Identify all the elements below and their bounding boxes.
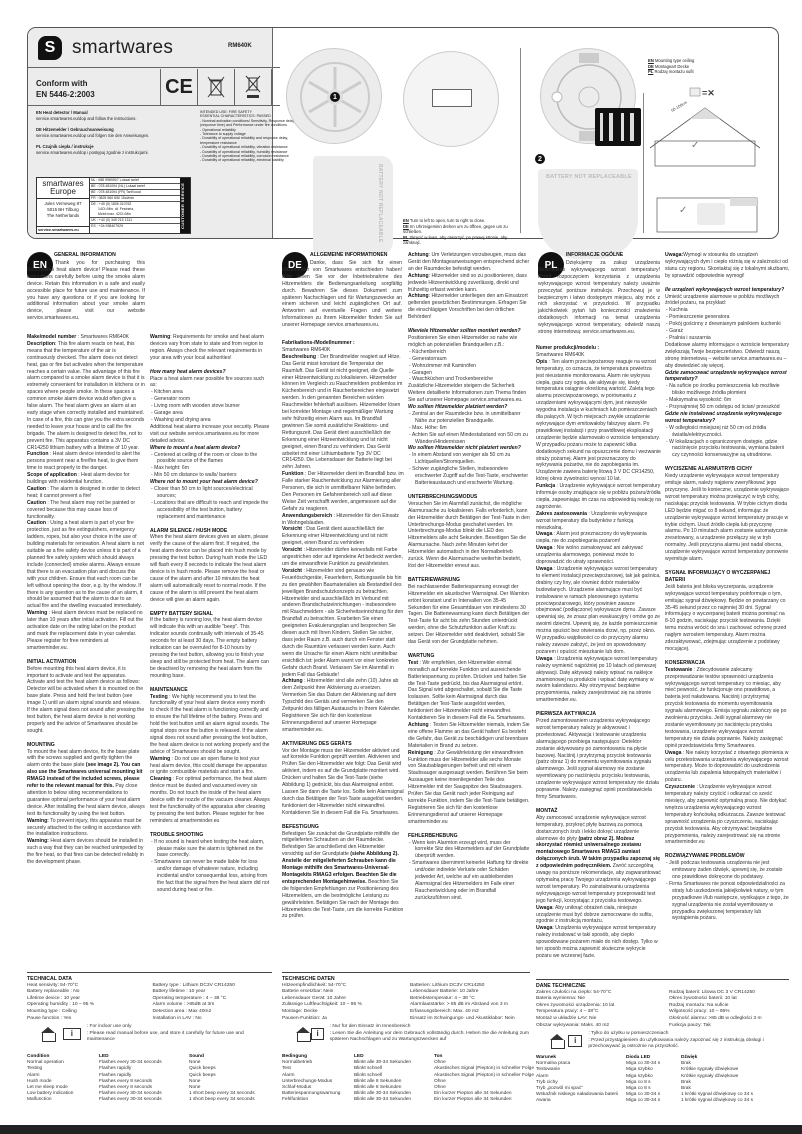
de-cleaning: Reinigung : Zur Gewährleistung der einwa…: [408, 750, 530, 826]
label: Funktion: [282, 471, 304, 477]
list-item: In einem Abstand von weniger als 50 cm z…: [408, 452, 530, 466]
value: : Heat alarm devices must be replaced no…: [27, 610, 143, 651]
list-item: Pokój gościnny z drewnianym palnikiem ku…: [665, 321, 789, 328]
label: Czyszczenie: [665, 784, 695, 790]
cell: Blinkt alle 30-34 Sekunden: [354, 1097, 434, 1103]
pl-how-many-after: Dodatkowe alarmy informujące o wzroście …: [665, 342, 789, 370]
de-activation-title: AKTIVIERUNG DES GERÄTS: [282, 741, 404, 748]
pl-where-list: Na suficie po środku pomieszczenia lub m…: [665, 383, 789, 411]
de-status-table: BedingungLEDTon NormalbetriebBlinkt alle…: [282, 1054, 532, 1104]
en-warning: Warning : Heat alarm devices must be rep…: [27, 610, 145, 651]
de-usage-icons: i : Nur für den Einsatz im Innenbereich:…: [294, 1024, 532, 1044]
de-tech-divider: [282, 972, 530, 973]
pl-caution: Uwaga : Alarm jest przeznaczony do wykry…: [536, 531, 661, 545]
list-item: Maksymalna wysokość: 6m: [665, 397, 789, 404]
mounting-placement-diagram: =✕ ✓ 50-100cm ✓: [645, 86, 765, 236]
cell: 1 krótki sygnał dźwiękowy co 34 s: [681, 1098, 791, 1104]
pl-how-many-text: Umieść urządzenie alarmowe w pobliżu moż…: [665, 294, 789, 308]
spec: Einsatz im Schwingungs- und Akustiklabor…: [410, 1016, 532, 1023]
en-where-title: Where to mount a heat alarm device?: [150, 445, 270, 452]
label: Description: [27, 341, 55, 347]
pl-mounting-title: MONTAŻ: [536, 808, 661, 815]
caption-lang: DE: [403, 224, 409, 229]
list-item: Smartwares can never be made liable for …: [150, 859, 270, 894]
label: Warning:: [27, 818, 49, 824]
image-1-badge: 1: [330, 92, 340, 102]
device-front-view: 1: [286, 48, 382, 144]
value: : Der Hitzemelder dient im Brandfall bzw…: [282, 471, 404, 512]
en-caution: Caution : The heat alarm may not be pain…: [27, 500, 145, 521]
pl-status-table: WarunekDioda LEDDźwięk Normalna pracaMig…: [536, 1055, 796, 1105]
de-warning: Achtung: Hitzemelder sind so zu position…: [408, 273, 530, 294]
label: Numer produkcji/modelu :: [536, 345, 599, 351]
svg-text:=✕: =✕: [702, 88, 715, 98]
spec: Głośność alarmu: >85 dB w odległości 3 m: [669, 1016, 796, 1023]
device-back-view: [403, 51, 499, 147]
en-scope: Scope of application : Heat alarm device…: [27, 472, 145, 486]
list-item: Living room with wooden stove burner: [150, 403, 270, 410]
pl-model: Numer produkcji/modelu :Smartwares RM640…: [536, 345, 661, 359]
list-item: Küchenbereich: [408, 349, 530, 356]
pl-technical-data: DANE TECHNICZNE Zakres czułości na ciepł…: [536, 983, 796, 1105]
label: Testing: [150, 694, 168, 700]
en-general-text: Thank you for purchasing this Smartwares…: [27, 260, 145, 322]
list-item: Kuchnia: [665, 307, 789, 314]
mounting-type-caption: EN Mounting type ceiling DE Montageart D…: [648, 58, 758, 75]
svg-text:50-100cm: 50-100cm: [670, 99, 688, 113]
label: Anwendungsbereich: [282, 513, 332, 519]
indoor-house-icon: [39, 1027, 57, 1041]
en-caution: Caution : The alarm is designed in order…: [27, 486, 145, 500]
label: Vorsicht: [282, 547, 302, 553]
read-manual-icon: i: [63, 1028, 81, 1040]
label: Beschreibung: [282, 354, 316, 360]
conform-line-1: Conform with: [36, 78, 95, 89]
screws-and-plugs-icon: [595, 108, 641, 146]
spec: Funkcja pauzy: Tak: [669, 1023, 796, 1030]
value: : Urządzenie wykrywające wzrost temperat…: [536, 566, 661, 655]
label: Achtung: [408, 722, 429, 728]
pl-how-many-title: Ile urządzeń wykrywających wzrost temper…: [665, 287, 789, 294]
list-item: If no sound is heard when testing the he…: [150, 839, 270, 860]
en-maintenance-title: MAINTENANCE: [150, 687, 270, 694]
label: Caution: [27, 520, 46, 526]
cs-region: Europe: [37, 188, 89, 196]
en-silence-text: When the heat alarm devices gives an ala…: [150, 534, 270, 603]
pl-battery-text: Jeśli bateria jest bliska wyczerpania, u…: [665, 584, 789, 653]
usage-notes: : Nur für den Einsatz im Innenbereich: L…: [330, 1024, 532, 1044]
label: Testowanie: [665, 667, 692, 673]
en-where-not-title: Where not to mount your heat alarm devic…: [150, 479, 270, 486]
indoor-house-icon: [548, 1034, 562, 1048]
label: Uwaga: [536, 905, 552, 911]
pl-cleaning: Czyszczenie : Urządzenie wykrywające wzr…: [665, 784, 789, 846]
manual-ref-de: DE Hitzemelder / Gebrauchsanweisungservi…: [36, 127, 196, 138]
list-item: Pralnia i suszarnia: [665, 335, 789, 342]
read-manual-icon: i: [568, 1035, 582, 1047]
list-item: Na suficie po środku pomieszczenia lub m…: [665, 383, 789, 397]
de-where-title: Wo sollten Hitzemelder platziert werden?: [408, 404, 530, 411]
pl-warning: Uwaga: Urządzenia wykrywające wzrost tem…: [536, 925, 661, 960]
smartwares-logo-icon: S: [38, 36, 62, 60]
turn-caption: EN Turn to left to open, turn to right t…: [403, 218, 518, 246]
label: Achtung: [408, 273, 429, 279]
cs-country: The Netherlands: [37, 213, 89, 219]
weee-bin-icon: [198, 69, 235, 105]
pl-warning: Uwaga : Urządzenia wykrywające wzrost te…: [536, 656, 661, 704]
list-item: Garagen: [408, 370, 530, 377]
spec: Alarmlautstärke: > 85 dB im Abstand von …: [410, 1002, 532, 1009]
de-where-not-title: Wo sollten Hitzemelder nicht platziert w…: [408, 445, 530, 452]
list-item: Locations that are difficult to reach an…: [150, 500, 270, 521]
manual-ref-pl: PL Czujnik ciepła / instrukcjeservice.sm…: [36, 144, 196, 155]
pl-battery-title: SYGNAŁ INFORMUJĄCY O WYCZERPANEJ BATERII: [665, 570, 789, 584]
de-warning: Achtung : Testen Sie Hitzemelder niemals…: [408, 722, 530, 750]
pl-how-many-list: Kuchnia Pomieszczenie generatora Pokój g…: [665, 307, 789, 342]
cell: Fehlfunktion: [282, 1097, 354, 1103]
spec: Wilgotność pracy: 10 – 95%: [669, 1009, 796, 1016]
product-label-card: S smartwares RM640K Conform with EN 5446…: [27, 27, 779, 239]
cell: Awaria: [536, 1098, 626, 1104]
label: Uwaga:: [665, 252, 683, 258]
de-battery-title: BATTERIEWARNUNG: [408, 577, 530, 584]
value: : Aby uniknąć obrażeń ciała, niniejsze u…: [536, 905, 653, 925]
en-technical-data: TECHNICAL DATA Heat sensivity: 54-70°CBa…: [27, 976, 272, 1104]
en-mounting-text: To mount the heat alarm device, fix the …: [27, 749, 145, 818]
de-where-list: Zentral an der Raumdecke bzw. in unmitte…: [408, 411, 530, 446]
label: Warning: [150, 334, 170, 340]
conformity-statement: Conform with EN 5446-2:2003: [36, 78, 95, 100]
spec: Battery replaceable : No: [27, 989, 147, 996]
pl-general-text: Dziękujemy za zakup urządzenia Smartware…: [538, 260, 660, 336]
pl-column-2: Uwaga:Wymogi w stosunku do urządzeń wykr…: [665, 252, 789, 922]
list-item: Kitchen area: [150, 389, 270, 396]
de-battery-text: Bei nachlassender Batteriespannung erzeu…: [408, 584, 530, 646]
pl-mounting-text: Aby zamocować urządzenie wykrywające wzr…: [536, 815, 661, 905]
de-testing: Test : Wir empfehlen, den Hitzemelder ei…: [408, 660, 530, 722]
value: : Zdecydowanie zalecamy przeprowadzanie …: [665, 667, 786, 749]
list-item: Achten Sie auf einen Mindestabstand von …: [408, 432, 530, 446]
list-item: Schwer zugängliche Stellen, insbesondere…: [408, 466, 530, 487]
spec: Bateria wymienna: Nie: [536, 996, 663, 1003]
caption-text: Mounting type ceiling: [655, 58, 694, 63]
pl-description: Opis : Ten alarm przeciwpożarowy reaguje…: [536, 359, 661, 483]
en-warning: Warning: Requirements for smoke and heat…: [150, 334, 270, 362]
label: Warning:: [27, 838, 49, 844]
value: : Nie wolno zamalowywać ani zakrywać urz…: [536, 545, 643, 565]
pl-tech-grid: Zakres czułości na ciepło: 54-70°CRodzaj…: [536, 990, 796, 1030]
label: Reinigung: [408, 750, 433, 756]
de-trouble-title: FEHLERBEHEBUNG: [408, 833, 530, 840]
pl-warning: Uwaga: Aby uniknąć obrażeń ciała, niniej…: [536, 905, 661, 926]
value: : Wir empfehlen, den Hitzemelder einmal …: [408, 660, 526, 721]
value: Beachten Sie die folgenden Empfehlungen …: [282, 879, 403, 920]
spec: Montage: Decke: [282, 1009, 404, 1016]
brand-name: smartwares: [72, 37, 173, 59]
pl-testing: Testowanie : Zdecydowanie zalecamy przep…: [665, 667, 789, 750]
de-how-many-after: Zusätzliche Hitzemelder steigern die Sic…: [408, 383, 530, 404]
de-silence-title: UNTERBRECHUNGSMODUS: [408, 494, 530, 501]
de-mounting-text: Befestigen Sie zunächst die Grundplatte …: [282, 831, 404, 921]
label: Achtung: [408, 252, 429, 258]
cell: Malfunction: [27, 1097, 99, 1103]
indoor-house-icon: [294, 1027, 305, 1041]
conform-line-2: EN 5446-2:2003: [36, 89, 95, 100]
de-general-title: ALLGEMEINE INFORMATIONEN: [310, 252, 405, 259]
value: Zwróć szczególną uwagę na poniższe rekom…: [536, 863, 661, 904]
value: : Nie należy korzystać z otwartego płomi…: [665, 750, 788, 784]
de-tech-grid: Hitzeempfindlichkeit: 54-70°CBatterien: …: [282, 983, 532, 1023]
battery-disposal-icon: [235, 69, 272, 105]
pl-trouble-title: ROZWIĄZYWANIE PROBLEMÓW: [665, 853, 789, 860]
list-item: W odległości mniejszej niż 50 cm od źród…: [665, 425, 789, 439]
pl-general-intro: INFORMACJE OGÓLNE: [566, 252, 661, 259]
indoor-text: : Tylko do użytku w pomieszczeniach: [588, 1031, 796, 1038]
battery-not-replaceable-label: BATTERY NOT REPLACEABLE: [546, 174, 632, 180]
de-caution: Vorsicht : Das Gerät dient ausschließlic…: [282, 526, 404, 547]
label: Uwaga: [665, 750, 681, 756]
device-side-view: BATTERY NOT REPLACEABLE: [313, 156, 393, 254]
spec: Lebensdauer Batterie: 10 Jahre: [410, 989, 532, 996]
label: Vorsicht: [282, 568, 302, 574]
value: Smartwares RM640K: [282, 347, 330, 353]
cs-website: service.smartwares.eu: [37, 226, 89, 233]
de-maintenance-title: WARTUNG: [408, 653, 530, 660]
de-column-2: Achtung: Um Verletzungen vorzubeugen, mu…: [408, 252, 530, 902]
list-item: Generatorraum: [408, 356, 530, 363]
spec: Installation in LAV : No: [153, 1016, 273, 1023]
en-model: Make/model number : Smartwares RM640K: [27, 334, 145, 341]
label: Function: [27, 451, 49, 457]
list-item: Waschküchen und Trockenbereiche: [408, 376, 530, 383]
label: Warning: [27, 610, 47, 616]
indoor-text: : Nur für den Einsatz im Innenbereich: [330, 1024, 532, 1031]
en-tech-divider: [27, 972, 272, 973]
value: : Smartwares RM640K: [78, 334, 129, 340]
list-item: Max height: 6m: [150, 465, 270, 472]
en-warning: Warning: Heat alarm devices should be in…: [27, 838, 145, 866]
en-silence-title: ALARM SILENCE / HUSH MODE: [150, 528, 270, 535]
pl-tech-divider: [536, 979, 789, 980]
caption-lang: EN: [648, 58, 654, 63]
pl-silence-text: Kiedy urządzenie wykrywające wzrost temp…: [665, 473, 789, 563]
model-number: RM640K: [228, 43, 252, 49]
pl-tech-title: DANE TECHNICZNE: [536, 983, 796, 990]
spec: Zulässige Luftfeuchtigkeit: 10 – 95 %: [282, 1002, 404, 1009]
de-scope: Anwendungsbereich : Hitzemelder für den …: [282, 513, 404, 527]
label: Test: [408, 660, 418, 666]
spec: Pausen-Funktion: Ja: [282, 1016, 404, 1023]
de-where-not-list: In einem Abstand von weniger als 50 cm z…: [408, 452, 530, 487]
en-activation-text: Before mounting this heat alarm device, …: [27, 666, 145, 735]
label: Funkcja: [536, 483, 555, 489]
list-item: Garage area: [150, 410, 270, 417]
svg-text:✓: ✓: [691, 140, 699, 151]
en-tech-title: TECHNICAL DATA: [27, 976, 272, 983]
list-item: W lokalizacjach o ograniczonym dostępie,…: [665, 439, 789, 460]
pl-caution: Uwaga : Urządzenie wykrywające wzrost te…: [536, 566, 661, 656]
label: Caution: [27, 500, 46, 506]
en-battery-text: If the battery is running low, the heat …: [150, 617, 270, 679]
pl-silence-title: WYCISZENIE ALARMU/TRYB CICHY: [665, 466, 789, 473]
spec: Operating humidity : 10 – 95 %: [27, 1002, 147, 1009]
pl-general-title: INFORMACJE OGÓLNE: [566, 252, 661, 259]
en-activation-title: INITIAL ACTIVATION: [27, 659, 145, 666]
value: : Der Brandmelder reagiert auf Hitze. Da…: [282, 354, 402, 471]
list-item: Pomieszczenie generatora: [665, 314, 789, 321]
en-where-list: Centered at ceiling of the room or close…: [150, 452, 270, 480]
pl-usage-icons: i : Tylko do użytku w pomieszczeniach: P…: [548, 1031, 796, 1051]
list-item: Generator room: [150, 396, 270, 403]
value: : Urządzenie wykrywające wzrost temperat…: [665, 784, 787, 845]
de-warning: Achtung : Hitzemelder sind alle zehn (10…: [282, 678, 404, 733]
manual-ref-en: EN Heat detector / Manualservice.smartwa…: [36, 110, 196, 121]
label-divider: [28, 105, 280, 106]
list-item: Max. Höhe: 6m: [408, 425, 530, 432]
en-testing: Testing : We highly recommend you to tes…: [150, 694, 270, 756]
de-model: Fabrikations-/Modellnummer :Smartwares R…: [282, 340, 404, 354]
customer-service-box: smartwaresEurope Jules Verneweg 87 5015 …: [36, 177, 191, 234]
cs-phone: ES : +34 938407929: [90, 224, 180, 229]
caption-lang: EN: [403, 218, 409, 223]
customer-service-address: smartwaresEurope Jules Verneweg 87 5015 …: [37, 178, 90, 233]
de-trouble-list: Wenn kein Alarmton erzeugt wird, muss de…: [408, 840, 530, 902]
manual-text: : Przed przystąpieniem do użytkowania na…: [588, 1038, 796, 1051]
label: Achtung: [282, 678, 303, 684]
label: Caution: [27, 486, 46, 492]
de-silence-text: Versuchen Sie im Alarmfall zunächst, die…: [408, 501, 530, 570]
cell: 1 short beep every 34 seconds: [189, 1097, 269, 1103]
en-cleaning: Cleaning : For optimal performance, the …: [150, 776, 270, 824]
spec: Erfassungsbereich: Max. 40 m2: [410, 1009, 532, 1016]
en-warning: Warning : Do not use an open flame to te…: [150, 756, 270, 777]
manual-text: : Lesen Sie die Anleitung vor dem Gebrau…: [330, 1031, 532, 1044]
de-function: Funktion : Der Hitzemelder dient im Bran…: [282, 471, 404, 512]
en-general-intro: GENERAL INFORMATION: [54, 252, 146, 259]
de-warning: Achtung: Um Verletzungen vorzubeugen, mu…: [408, 252, 530, 273]
value: : Urządzenia wykrywające wzrost temperat…: [536, 925, 658, 959]
value: : Alarm jest przeznaczony do wykrywania …: [536, 531, 647, 544]
en-function: Function : Heat alarm device intended to…: [27, 451, 145, 472]
label: Uwaga: [536, 566, 552, 572]
cell: Ein kurzer Piepton alle 34 Sekunden: [434, 1097, 534, 1103]
spec: Mounting type : Ceiling: [27, 1009, 147, 1016]
cell: Miga co 30-34 s: [626, 1098, 681, 1104]
pl-where-not-title: Gdzie nie instalować urządzenia wykrywaj…: [665, 411, 789, 425]
customer-service-vertical-label: CUSTOMER SERVICE: [180, 178, 190, 233]
spec: Alarm volume : >85dB at 3m: [153, 1002, 273, 1009]
label: Zakres zastosowania: [536, 511, 587, 517]
device-rating-sticker: [432, 89, 472, 107]
en-trouble-title: TROUBLE SHOOTING: [150, 832, 270, 839]
pl-caution: Uwaga : Nie wolno zamalowywać ani zakryw…: [536, 545, 661, 566]
label: Opis: [536, 359, 547, 365]
device-mounting-view: BATTERY NOT REPLACEABLE: [538, 169, 638, 259]
pl-activation-title: PIERWSZA AKTYWACJA: [536, 711, 661, 718]
pl-warning: Uwaga:Wymogi w stosunku do urządzeń wykr…: [665, 252, 789, 280]
caption-text: Skręcić w lewo, aby otworzyć, po prawej …: [403, 235, 507, 246]
en-caution: Caution : Using a heat alarm is part of …: [27, 520, 145, 610]
caption-text: Turn to left to open, turn to right to c…: [410, 218, 485, 223]
battery-not-replaceable-side: BATTERY NOT REPLACEABLE: [377, 164, 383, 242]
spec: Battery lifetime : 10 year: [153, 989, 273, 996]
en-column-2: Warning: Requirements for smoke and heat…: [150, 334, 270, 894]
pl-column-1: Numer produkcji/modelu :Smartwares RM640…: [536, 345, 661, 960]
de-column-1: Fabrikations-/Modellnummer :Smartwares R…: [282, 340, 404, 920]
de-tech-title: TECHNISCHE DATEN: [282, 976, 532, 983]
list-item: Garaż: [665, 328, 789, 335]
value: Smartwares RM640K: [536, 352, 584, 358]
cell: Flashes every 30-34 seconds: [99, 1097, 189, 1103]
de-activation-text: Vor der Montage muss der Hitzemelder akt…: [282, 748, 404, 817]
list-item: Washing and drying area: [150, 417, 270, 424]
value: : Urządzenia wykrywające wzrost temperat…: [536, 656, 657, 703]
illustration-divider: [520, 48, 521, 233]
de-general-text: Danke, dass Sie sich für einen Hitzemeld…: [282, 260, 402, 329]
pl-function: Funkcja : Urządzenie wykrywające wzrost …: [536, 483, 661, 511]
en-status-table: ConditionLEDSound Normal operationFlashe…: [27, 1054, 272, 1104]
label: Fabrikations-/Modellnummer :: [282, 340, 355, 346]
list-item: Jeśli podczas testowania urządzenia nie …: [665, 860, 789, 881]
de-caution: Vorsicht : Hitzemelder dürfen keinesfall…: [282, 547, 404, 568]
ce-mark-icon: CE: [160, 69, 198, 105]
list-item: Zentral an der Raumdecke bzw. in unmitte…: [408, 411, 530, 425]
customer-service-phones: NL : 088 9989507 Lokaal tarief BE : 078 …: [90, 178, 180, 233]
pl-scope: Zakres zastosowania : Urządzenie wykrywa…: [536, 511, 661, 532]
label: Scope of application: [27, 472, 77, 478]
pl-where-title: Gdzie zamocować urządzenie wykrywające w…: [665, 370, 789, 384]
pl-where-not-list: W odległości mniejszej niż 50 cm od źród…: [665, 425, 789, 460]
image-2-badge: 2: [535, 154, 545, 164]
value: : We highly recommend you to test the fu…: [150, 694, 270, 755]
value: : Using a heat alarm is part of your fir…: [27, 520, 144, 609]
de-warning: Achtung: Hitzemelder unterliegen den am …: [408, 293, 530, 321]
caption-lang: PL: [648, 69, 653, 74]
indoor-text: : For indoor use only: [87, 1024, 272, 1031]
page-bottom-bar: [0, 1125, 802, 1134]
value: : Urządzenie wykrywające wzrost temperat…: [536, 483, 661, 510]
manual-text: : Please read manual before use, and sto…: [87, 1031, 272, 1044]
de-mounting-title: BEFESTIGUNG: [282, 824, 404, 831]
label: Uwaga: [536, 545, 552, 551]
caption-lang: DE: [648, 64, 654, 69]
label: Vorsicht: [282, 526, 302, 532]
value: : Hitzemelder sind genauso wie Feuerlösc…: [282, 568, 403, 678]
en-tech-grid: Heat sensivity: 54-70°CBattery type : Li…: [27, 983, 272, 1023]
svg-text:✓: ✓: [679, 205, 687, 216]
list-item: Closer than 50 cm to light sources/elect…: [150, 486, 270, 500]
en-trouble-list: If no sound is heard when testing the he…: [150, 839, 270, 894]
list-item: Centered at ceiling of the room or close…: [150, 452, 270, 466]
spec: Obszar wykrywania: Maks. 40 m2: [536, 1023, 663, 1030]
de-caution: Vorsicht : Hitzemelder sind genauso wie …: [282, 568, 404, 679]
en-how-many-list: Kitchen area Generator room Living room …: [150, 389, 270, 424]
usage-notes: : For indoor use only: Please read manua…: [87, 1024, 272, 1044]
caption-text: Montageart Decke: [655, 64, 689, 69]
spec: Pause function : Yes: [27, 1016, 147, 1023]
label: Uwaga: [536, 531, 552, 537]
en-battery-title: EMPTY BATTERY SIGNAL: [150, 611, 270, 618]
en-mounting-title: MOUNTING: [27, 742, 145, 749]
spec: Temperatura pracy: 4 – 38°C: [536, 1009, 663, 1016]
label: Uwaga: [536, 925, 552, 931]
en-column-1: Make/model number : Smartwares RM640K De…: [27, 334, 145, 866]
en-usage-icons: i : For indoor use only: Please read man…: [39, 1024, 272, 1044]
value: : For optimal performance, the heat alar…: [150, 776, 270, 823]
list-item: Wohnzimmer mit Kaminöfen: [408, 363, 530, 370]
list-item: Min 50 cm distance to walls/ barriers: [150, 472, 270, 479]
label: Uwaga: [536, 656, 552, 662]
